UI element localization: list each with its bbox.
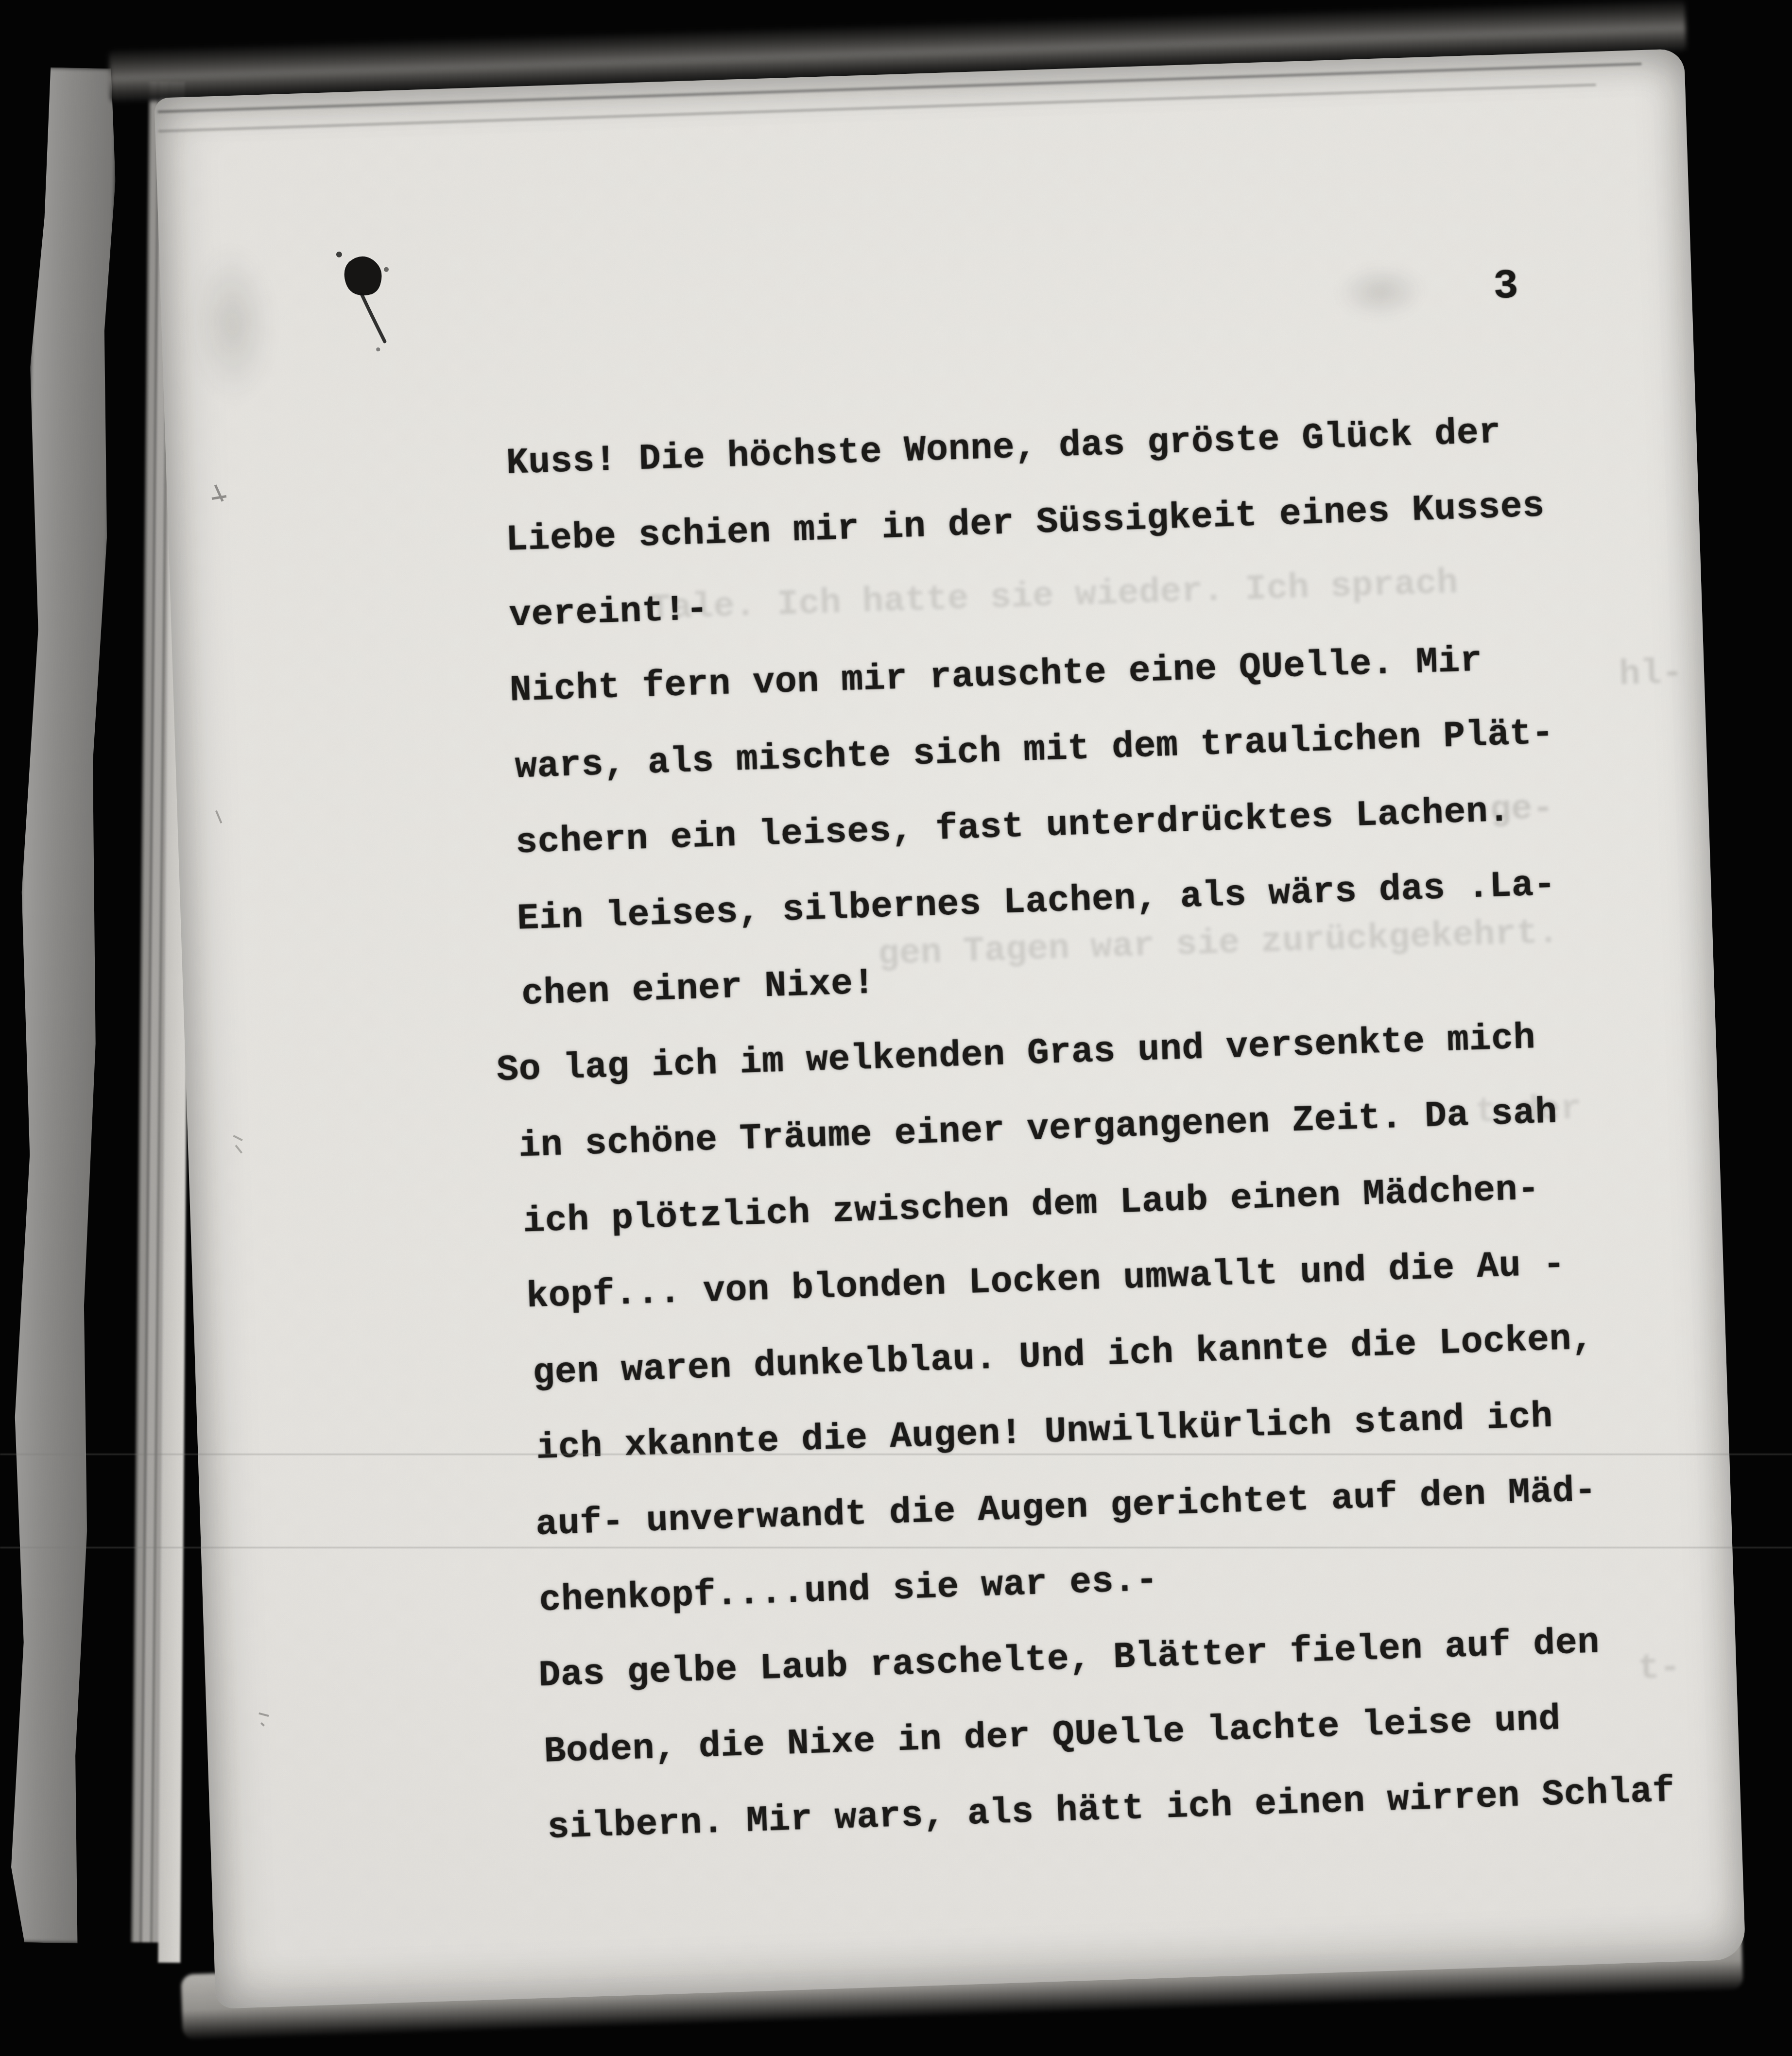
manuscript-page: 3 Tale. Ich hatte sie wieder. Ich sprach… [154,49,1745,2009]
text-line: chen einer Nixe! [521,957,876,1021]
text-line: ich plötzlich zwischen dem Laub einen Mä… [522,1163,1541,1249]
text-line: Liebe schien mir in der Süssigkeit eines… [505,480,1545,567]
text-line: Das gelbe Laub raschelte, Blätter fielen… [538,1616,1601,1703]
text-line: silbern. Mir wars, als hätt ich einen wi… [547,1765,1675,1855]
text-line: Boden, die Nixe in der QUelle lachte lei… [543,1693,1562,1779]
scratch-line [0,1547,1792,1548]
text-line: Nicht fern von mir rauschte eine QUelle.… [509,634,1483,718]
text-line: gen waren dunkelblau. Und ich kannte die… [532,1312,1595,1401]
text-line: in schöne Träume einer vergangenen Zeit.… [518,1086,1558,1173]
text-line: wars, als mischte sich mit dem trauliche… [514,707,1554,795]
typed-text: Kuss! Die höchste Wonne, das gröste Glüc… [505,400,1728,1895]
text-line: kopf... von blonden Locken umwallt und d… [526,1238,1566,1324]
text-line: auf- unverwandt die Augen gerichtet auf … [535,1464,1598,1552]
text-line: schern ein leises, fast unterdrücktes La… [515,785,1511,870]
manuscript-sheet-wrap: 3 Tale. Ich hatte sie wieder. Ich sprach… [154,49,1745,2009]
scan-background: { "scan": { "description": "Black-and-wh… [0,0,1792,2056]
text-line: vereint!- [508,583,709,643]
text-line: Ein leises, silbernes Lachen, als wärs d… [516,858,1556,946]
page-stack-edge-strip [0,67,118,1944]
text-line: chenkopf....und sie war es.- [538,1554,1159,1628]
scratch-line [0,1454,1792,1455]
text-line: So lag ich im welkenden Gras und versenk… [496,1011,1536,1097]
text-line: ich xkannte die Augen! Unwillkürlich sta… [535,1390,1554,1475]
